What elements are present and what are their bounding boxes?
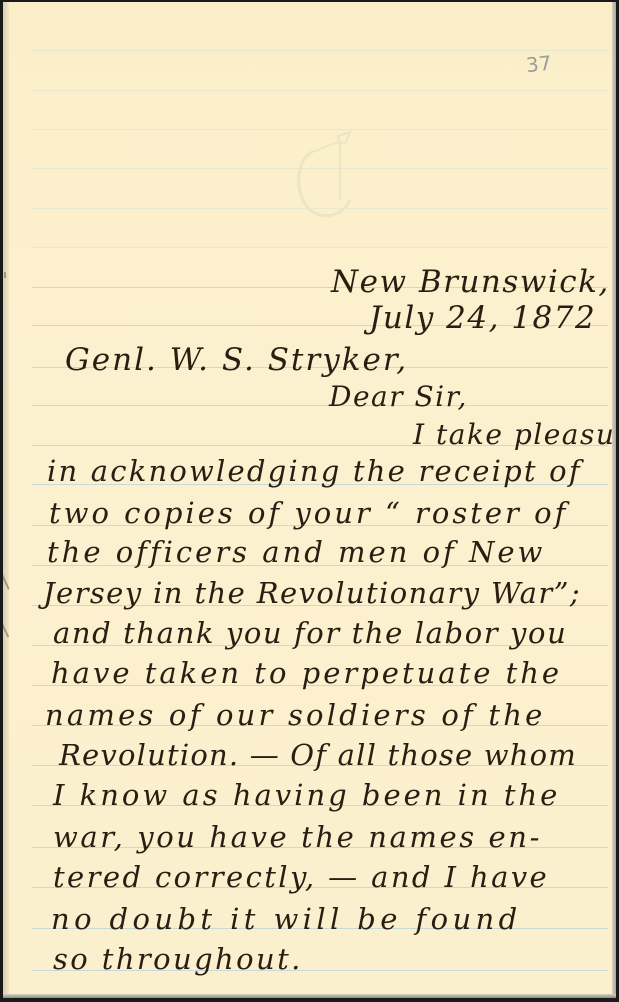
letter-date: July 24, 1872 [369,300,596,336]
ruled-line [32,405,608,406]
body-line: and thank you for the labor you [53,616,567,650]
page-left-edge [3,2,9,998]
ruled-line [32,247,608,248]
folio-number: 37 [525,51,553,78]
letter-place: New Brunswick, N.J. [331,264,616,300]
body-line: the officers and men of New [47,535,545,569]
body-line: I know as having been in the [53,778,560,812]
body-line: two copies of your “ roster of [49,496,568,530]
body-line: have taken to perpetuate the [51,656,562,690]
body-line: I take pleasure [413,418,616,451]
embossed-seal-icon [290,130,356,222]
body-line: Jersey in the Revolutionary War”; [43,576,581,610]
body-line: tered correctly, — and I have [53,860,549,894]
body-line: war, you have the names en- [53,820,542,854]
edge-mark [4,272,6,278]
letter-salutation: Dear Sir, [329,380,468,413]
page-edge-shadow [3,994,616,998]
body-line: Revolution. — Of all those whom [59,738,577,772]
ruled-line [32,90,608,91]
body-line: in acknowledging the receipt of [47,454,582,488]
body-line: names of our soldiers of the [45,698,545,732]
body-line: so throughout. [53,942,303,976]
page-edge-shadow [612,2,616,998]
letter-recipient: Genl. W. S. Stryker, [65,342,408,378]
body-line: no doubt it will be found [51,902,522,936]
letter-page: 37 New Brunswick, N.J. July 24, 1872 Gen… [3,2,616,998]
ruled-line [32,50,608,51]
